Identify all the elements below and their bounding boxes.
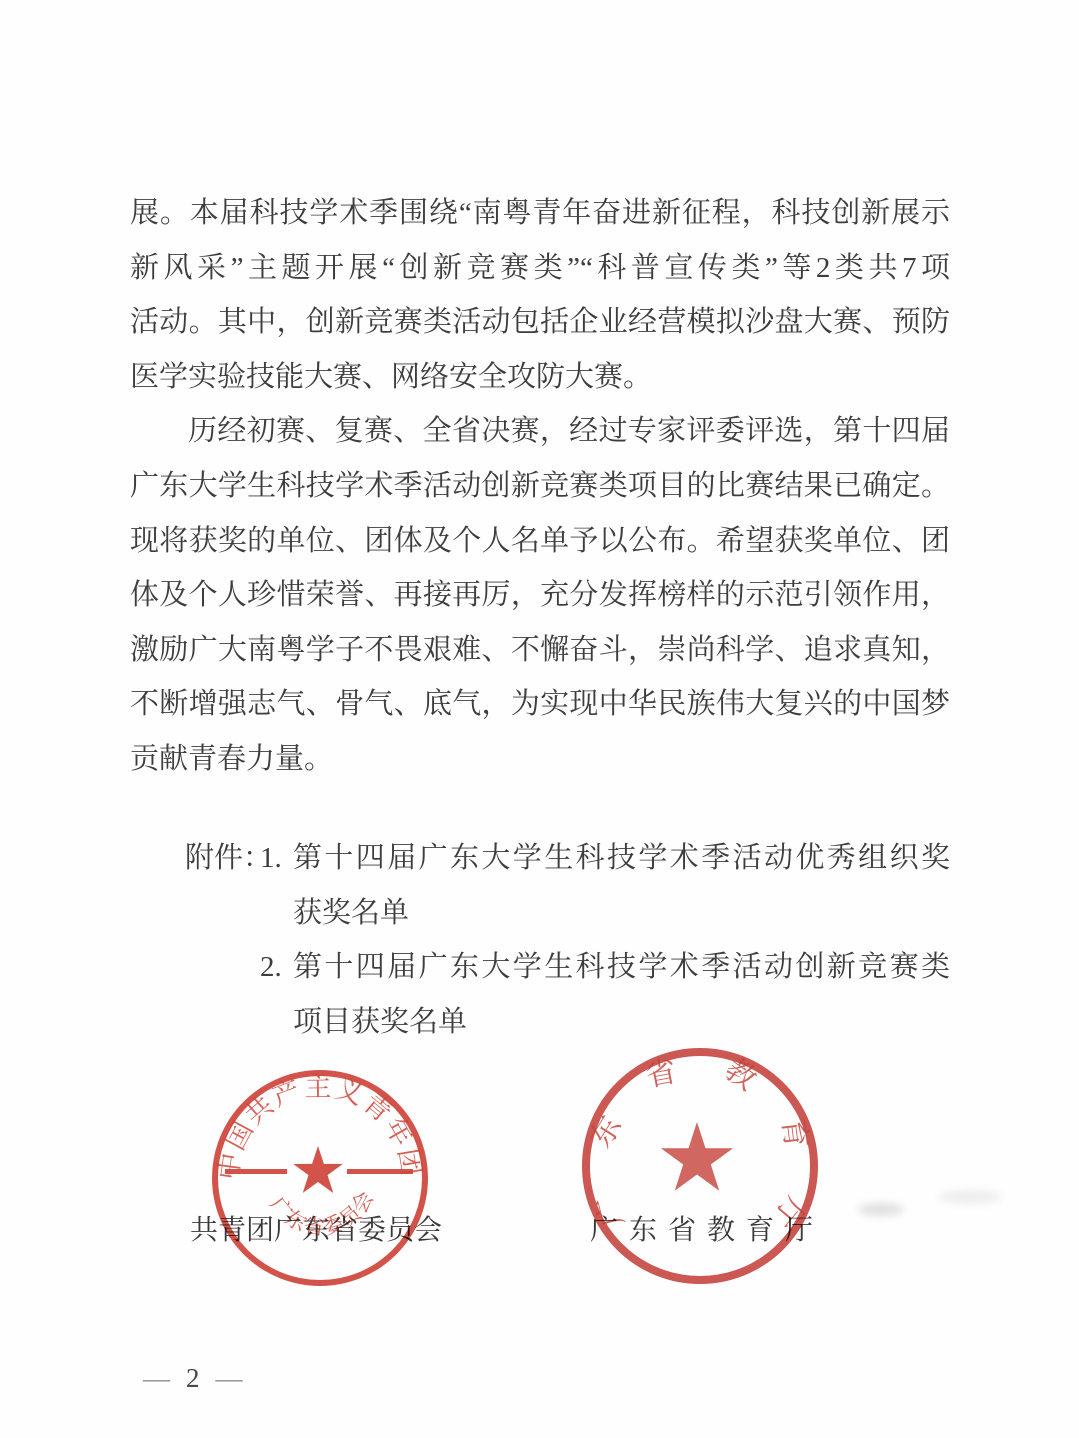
page-number-value: 2 [186, 1363, 200, 1394]
attachment-item-text: 获奖名单 [293, 886, 950, 941]
body-line: 医学实验技能大赛、网络安全攻防大赛。 [130, 350, 950, 405]
attachment-line: 获奖名单 [130, 886, 950, 941]
scan-smudge [858, 1203, 904, 1216]
attachment-item-text: 项目获奖名单 [293, 995, 950, 1050]
scan-smudge [938, 1190, 1002, 1204]
page-number-dash: — [216, 1363, 243, 1394]
official-seal-youth-league: 中国共产主义青年团 广东省委员会 [207, 1065, 433, 1291]
body-line: 贡献青春力量。 [130, 732, 950, 787]
seal-bottom-arc-text: 广东省委员会 [265, 1186, 378, 1240]
body-line: 广东大学生科技学术季活动创新竞赛类项目的比赛结果已确定。 [130, 459, 950, 514]
attachment-line: 项目获奖名单 [130, 995, 950, 1050]
scanned-document-page: 展。本届科技学术季围绕“南粤青年奋进新征程，科技创新展示 新风采”主题开展“创新… [0, 0, 1079, 1438]
official-seal-education-dept: 广东省教育厅 [580, 1046, 820, 1286]
body-line: 现将获奖的单位、团体及个人名单予以公布。希望获奖单位、团 [130, 514, 950, 569]
body-line: 展。本届科技学术季围绕“南粤青年奋进新征程，科技创新展示 [130, 186, 950, 241]
body-line: 历经初赛、复赛、全省决赛，经过专家评委评选，第十四届 [130, 404, 950, 459]
seal-right-bar [347, 1169, 413, 1174]
attachment-item-number: 2. [260, 940, 282, 995]
attachment-item-number: 1. [260, 831, 282, 886]
body-line: 新风采”主题开展“创新竞赛类”“科普宣传类”等2类共7项 [130, 241, 950, 296]
star-icon [661, 1122, 733, 1191]
attachment-label: 附件： [185, 831, 272, 886]
body-line: 体及个人珍惜荣誉、再接再厉，充分发挥榜样的示范引领作用， [130, 568, 950, 623]
attachment-line: 2. 第十四届广东大学生科技学术季活动创新竞赛类 [130, 940, 950, 995]
page-number: — 2 — [143, 1363, 243, 1394]
attachment-item-text: 第十四届广东大学生科技学术季活动优秀组织奖 [293, 831, 950, 886]
seal-left-bar [225, 1169, 287, 1174]
body-line: 活动。其中，创新竞赛类活动包括企业经营模拟沙盘大赛、预防 [130, 295, 950, 350]
attachment-item-text: 第十四届广东大学生科技学术季活动创新竞赛类 [293, 940, 950, 995]
page-number-dash: — [143, 1363, 170, 1394]
star-icon [293, 1146, 342, 1193]
blank-gap [130, 787, 950, 831]
body-line: 不断增强志气、骨气、底气，为实现中华民族伟大复兴的中国梦 [130, 677, 950, 732]
document-body: 展。本届科技学术季围绕“南粤青年奋进新征程，科技创新展示 新风采”主题开展“创新… [130, 186, 950, 1049]
attachment-line: 附件： 1. 第十四届广东大学生科技学术季活动优秀组织奖 [130, 831, 950, 886]
body-line: 激励广大南粤学子不畏艰难、不懈奋斗，崇尚科学、追求真知， [130, 623, 950, 678]
